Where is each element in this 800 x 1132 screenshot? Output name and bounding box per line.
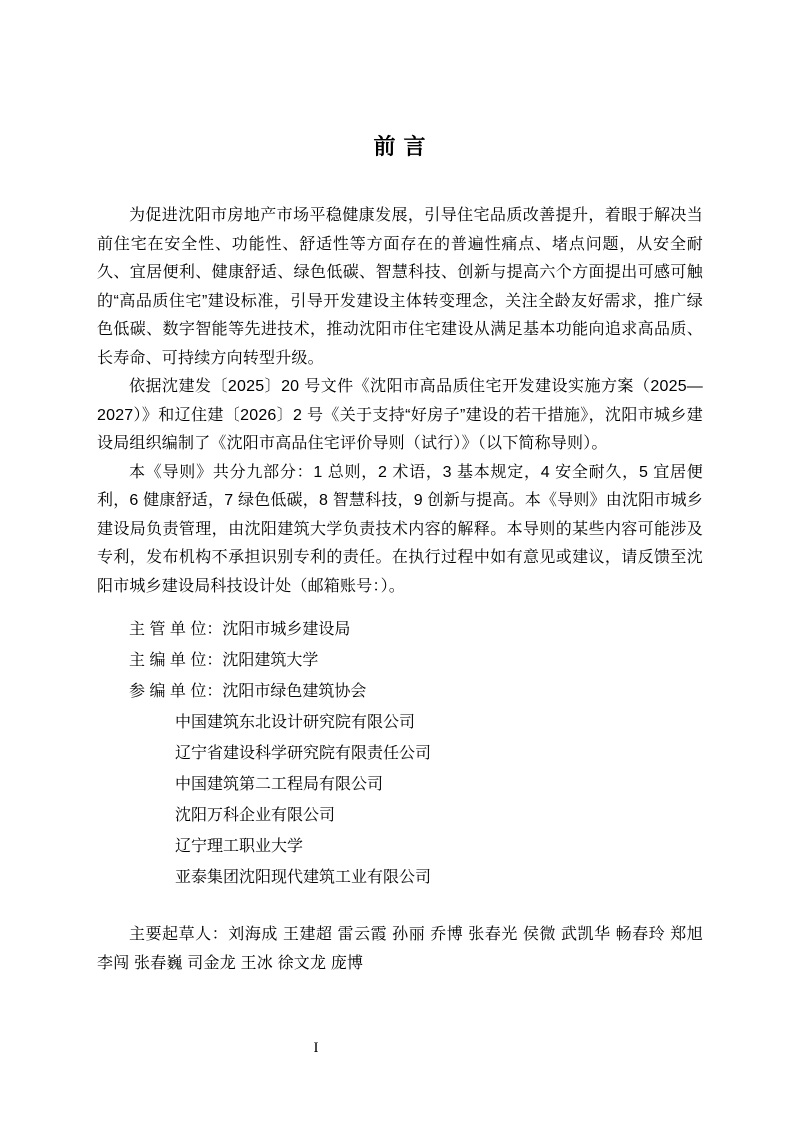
drafters-label: 主要起草人： xyxy=(129,926,228,943)
chief-editor-unit-name: 沈阳建筑大学 xyxy=(222,652,318,669)
document-body: 为促进沈阳市房地产市场平稳健康发展，引导住宅品质改善提升，着眼于解决当前住宅在安… xyxy=(0,202,800,978)
supervisor-unit-label: 主 管 单 位： xyxy=(129,621,222,638)
drafters-paragraph: 主要起草人：刘海成 王建超 雷云霞 孙丽 乔博 张春光 侯微 武凯华 畅春玲 郑… xyxy=(97,921,703,978)
paragraph-basis: 依据沈建发〔2025〕20 号文件《沈阳市高品质住宅开发建设实施方案（2025—… xyxy=(97,373,703,459)
supervisor-unit-row: 主 管 单 位：沈阳市城乡建设局 xyxy=(97,614,703,645)
page-number: I xyxy=(306,1040,326,1057)
participating-unit-name: 沈阳市绿色建筑协会 xyxy=(222,683,366,700)
participating-unit-name: 中国建筑第二工程局有限公司 xyxy=(97,769,703,800)
page-title: 前 言 xyxy=(0,0,800,161)
paragraph-intro: 为促进沈阳市房地产市场平稳健康发展，引导住宅品质改善提升，着眼于解决当前住宅在安… xyxy=(97,202,703,373)
chief-editor-unit-label: 主 编 单 位： xyxy=(129,652,222,669)
document-page: 前 言 为促进沈阳市房地产市场平稳健康发展，引导住宅品质改善提升，着眼于解决当前… xyxy=(0,0,800,1132)
participating-unit-name: 辽宁省建设科学研究院有限责任公司 xyxy=(97,738,703,769)
supervisor-unit-name: 沈阳市城乡建设局 xyxy=(222,621,350,638)
participating-units-label: 参 编 单 位： xyxy=(129,683,222,700)
participating-unit-row: 参 编 单 位：沈阳市绿色建筑协会 xyxy=(97,676,703,707)
paragraph-structure: 本《导则》共分九部分：1 总则，2 术语，3 基本规定，4 安全耐久，5 宜居便… xyxy=(97,459,703,602)
chief-editor-unit-row: 主 编 单 位：沈阳建筑大学 xyxy=(97,645,703,676)
participating-unit-name: 沈阳万科企业有限公司 xyxy=(97,800,703,831)
participating-unit-name: 辽宁理工职业大学 xyxy=(97,831,703,862)
unit-list: 主 管 单 位：沈阳市城乡建设局 主 编 单 位：沈阳建筑大学 参 编 单 位：… xyxy=(97,614,703,893)
participating-unit-name: 中国建筑东北设计研究院有限公司 xyxy=(97,707,703,738)
participating-unit-name: 亚泰集团沈阳现代建筑工业有限公司 xyxy=(97,862,703,893)
